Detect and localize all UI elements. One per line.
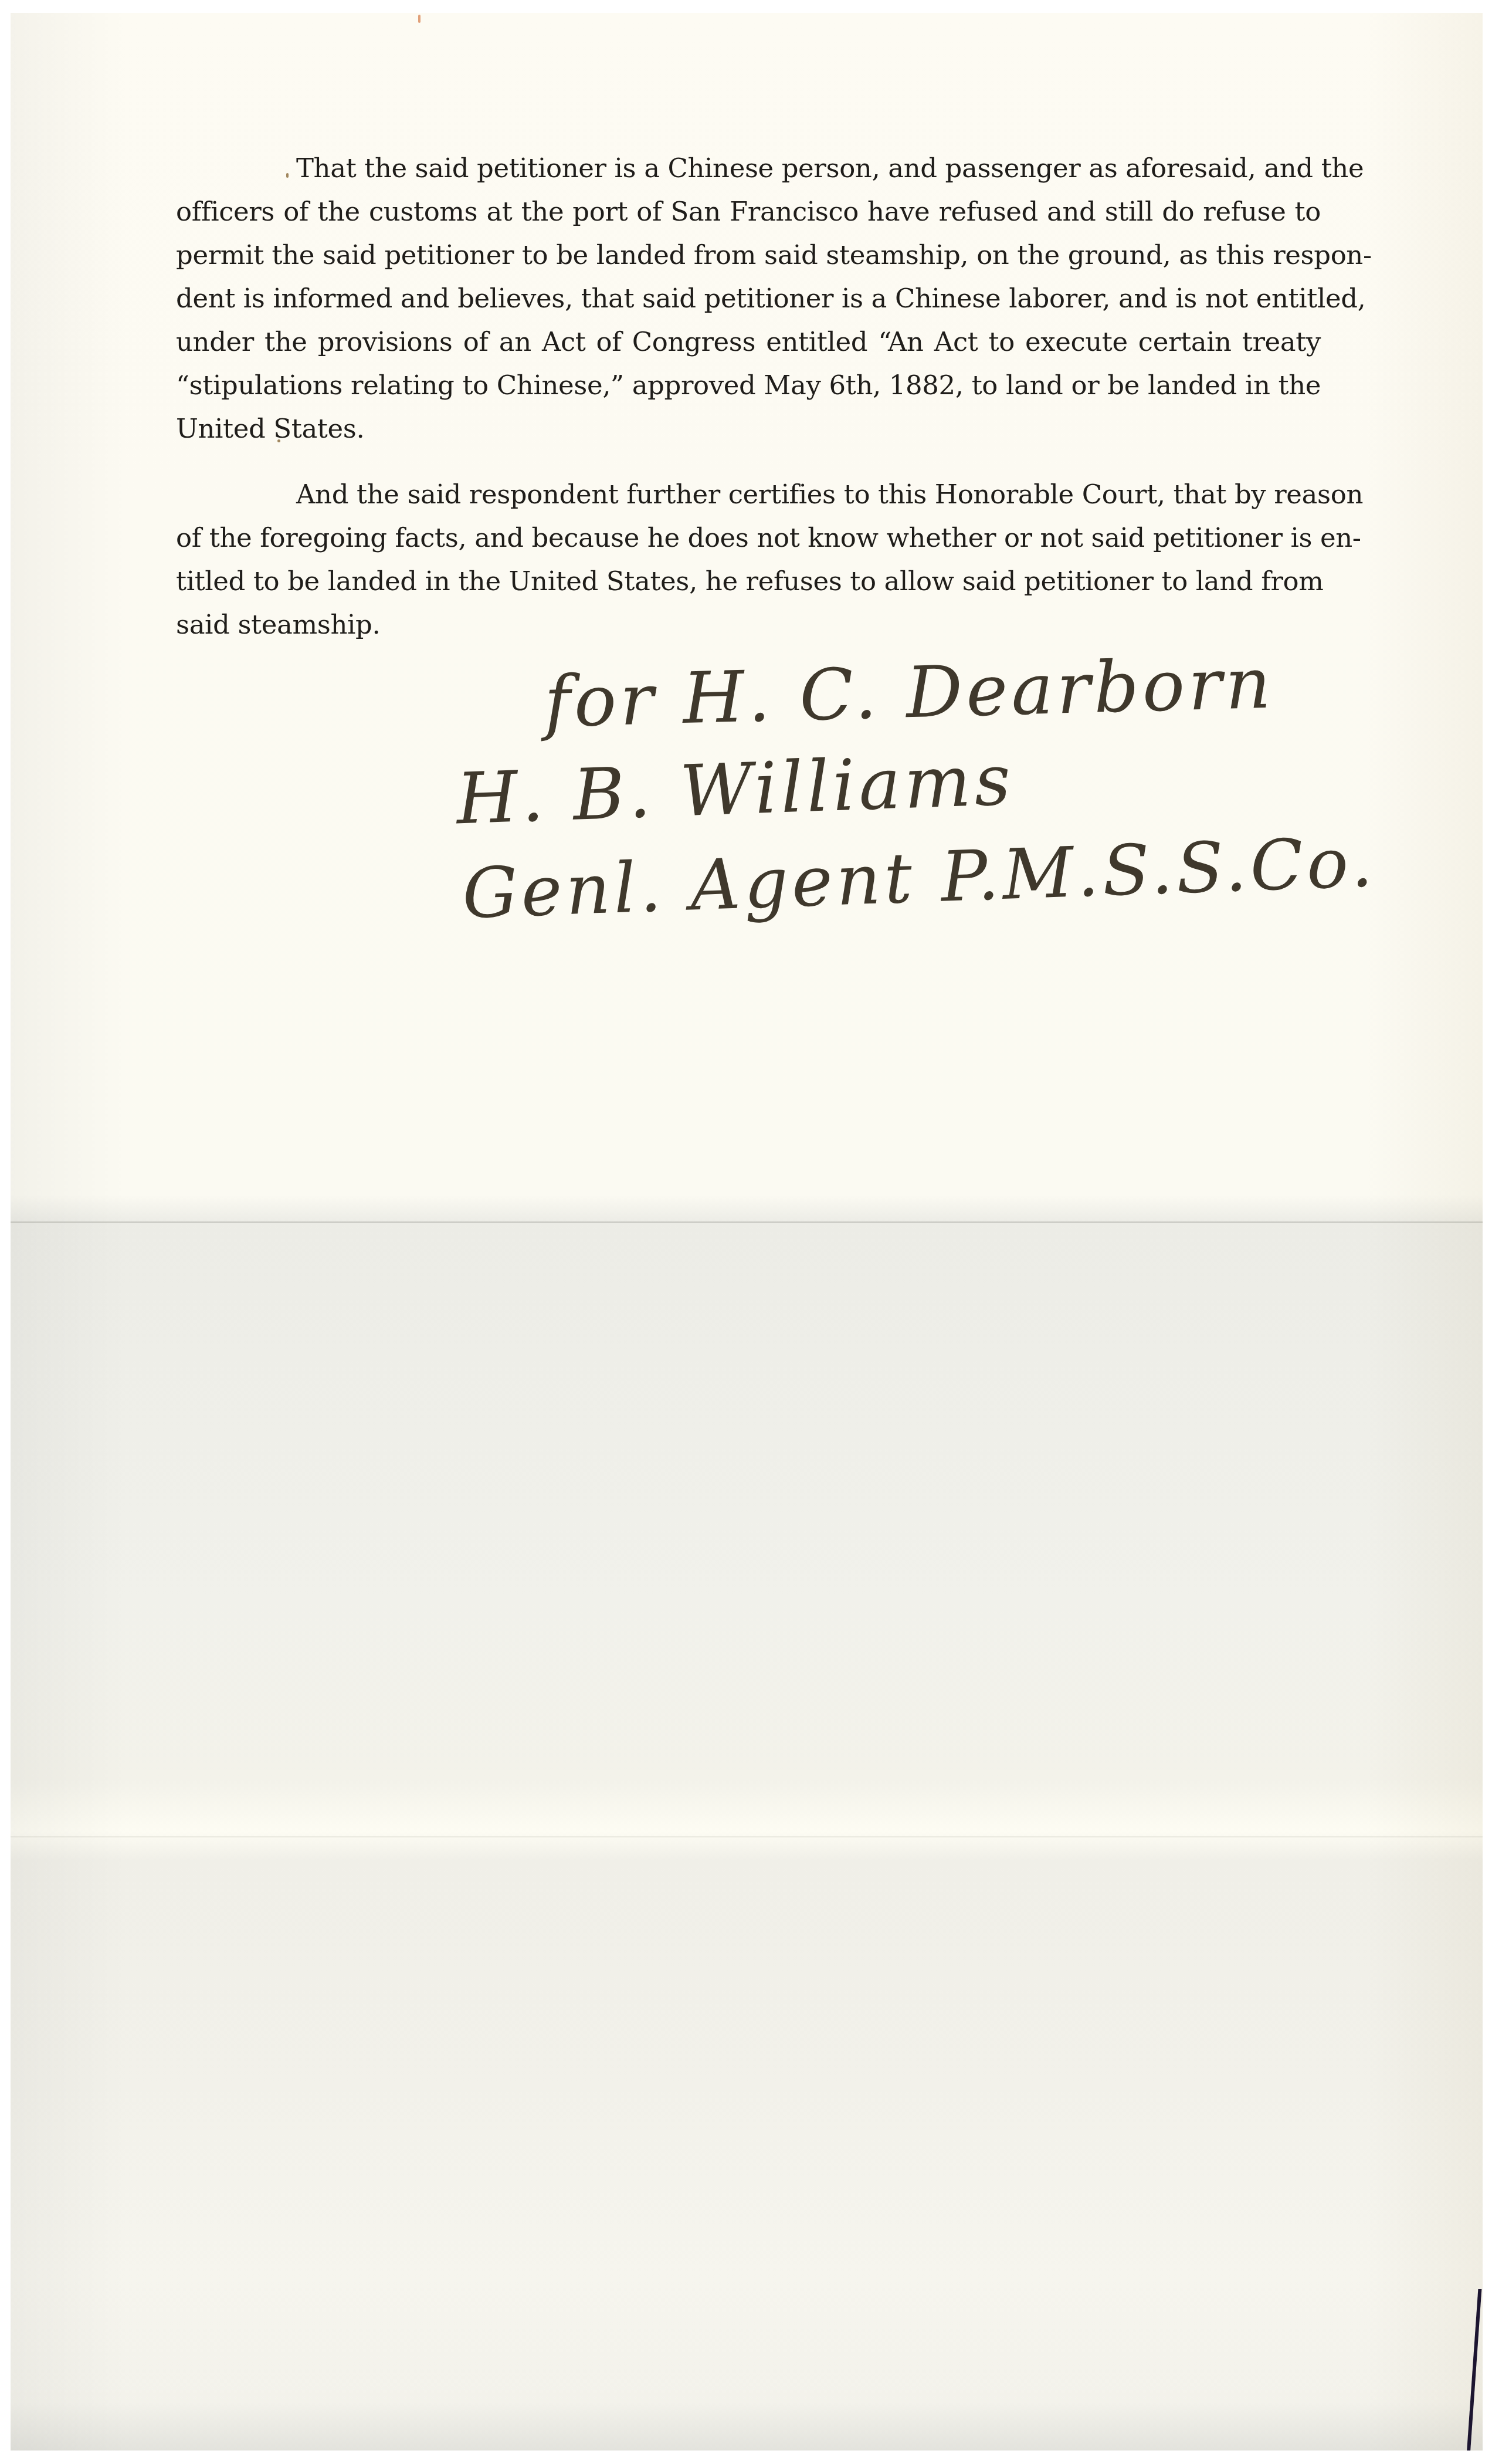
paragraph-respondent-certification: And the said respondent further certifie… [176,473,1321,647]
text-line: said steamship. [176,603,1321,647]
text-line: And the said respondent further certifie… [176,473,1321,516]
text-line: titled to be landed in the United States… [176,560,1321,603]
signature-line-title: Genl. Agent P.M.S.S.Co. [461,821,1378,934]
text-line: United States. [176,407,1321,451]
text-line: That the said petitioner is a Chinese pe… [176,147,1321,190]
body-text: That the said petitioner is a Chinese pe… [176,147,1321,647]
fold-line [11,1836,1483,1837]
paper-speck [418,15,421,23]
signature-line-for-dearborn: for H. C. Dearborn [543,643,1275,744]
handwritten-signature: for H. C. Dearborn H. B. Williams Genl. … [456,652,1406,934]
signature-line-williams: H. B. Williams [455,739,1015,840]
fold-line [11,1221,1483,1223]
text-line: dent is informed and believes, that said… [176,277,1321,320]
document-page: That the said petitioner is a Chinese pe… [11,13,1483,2451]
page-edge-shadow [1466,2289,1482,2451]
text-line: under the provisions of an Act of Congre… [176,320,1321,364]
text-line: “stipulations relating to Chinese,” appr… [176,364,1321,407]
text-line: of the foregoing facts, and because he d… [176,516,1321,560]
paragraph-petitioner-status: That the said petitioner is a Chinese pe… [176,147,1321,451]
text-line: permit the said petitioner to be landed … [176,233,1321,277]
text-line: officers of the customs at the port of S… [176,190,1321,233]
